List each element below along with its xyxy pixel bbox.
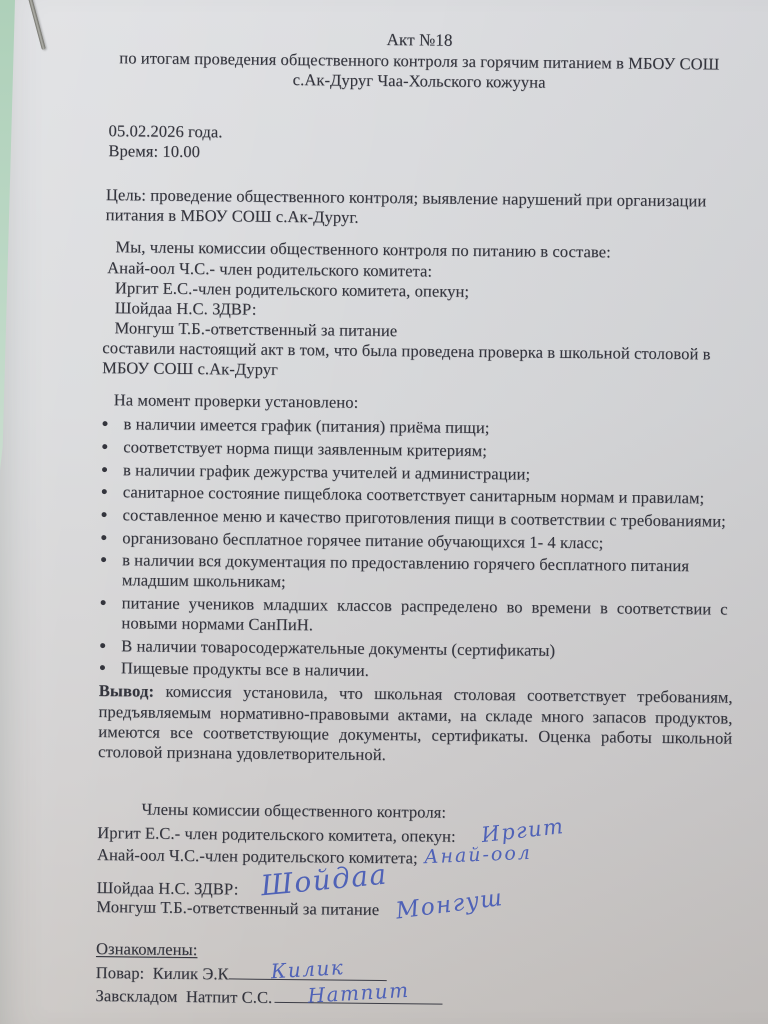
autograph-kilik: Килик [270, 955, 345, 984]
conclusion-paragraph: Вывод: комиссия установила, что школьная… [92, 681, 733, 768]
signature-line: Килик [229, 961, 387, 982]
document-content: Акт №18 по итогам проведения общественно… [0, 0, 768, 1012]
conclusion-text: комиссия установила, что школьная столов… [98, 682, 737, 764]
photo-frame: Акт №18 по итогам проведения общественно… [0, 0, 768, 1024]
signature-label: Иргит Е.С.- член родительского комитета,… [97, 823, 456, 846]
autograph-anay-ool: Анай-оол [423, 842, 532, 870]
finding-item: питание учеников младших классов распред… [117, 593, 727, 640]
signature-line: Натпит [274, 984, 442, 1005]
autograph-natpit: Натпит [307, 978, 410, 1008]
act-statement: составили настоящий акт в том, что была … [96, 338, 736, 385]
findings-list: в наличии имеется график (питания) приём… [101, 415, 736, 686]
finding-item: организовано бесплатное горячее питание … [118, 528, 728, 555]
finding-item: составленное меню и качество приготовлен… [118, 505, 728, 532]
finding-item: в наличии вся документация по предоставл… [118, 550, 728, 597]
acknowledged-label: Повар: Килик Э.К [96, 963, 229, 983]
purpose-paragraph: Цель: проведение общественного контроля;… [98, 185, 738, 232]
finding-item: соответствует норма пищи заявленным крит… [119, 437, 729, 464]
doc-subtitle: по итогам проведения общественного контр… [99, 48, 739, 95]
finding-item: В наличии товаросодержательные документы… [117, 636, 727, 663]
finding-item: санитарное состояние пищеблока соответст… [119, 483, 729, 510]
conclusion-label: Вывод: [99, 682, 155, 702]
signature-label: Монгуш Т.Б.-ответственный за питание [96, 897, 379, 919]
finding-item: в наличии имеется график (питания) приём… [119, 415, 729, 442]
finding-item: Пищевые продукты все в наличии. [117, 659, 727, 686]
acknowledged-label: Завскладом Натпит С.С. [95, 986, 272, 1007]
finding-item: в наличии график дежурства учителей и ад… [119, 460, 729, 487]
